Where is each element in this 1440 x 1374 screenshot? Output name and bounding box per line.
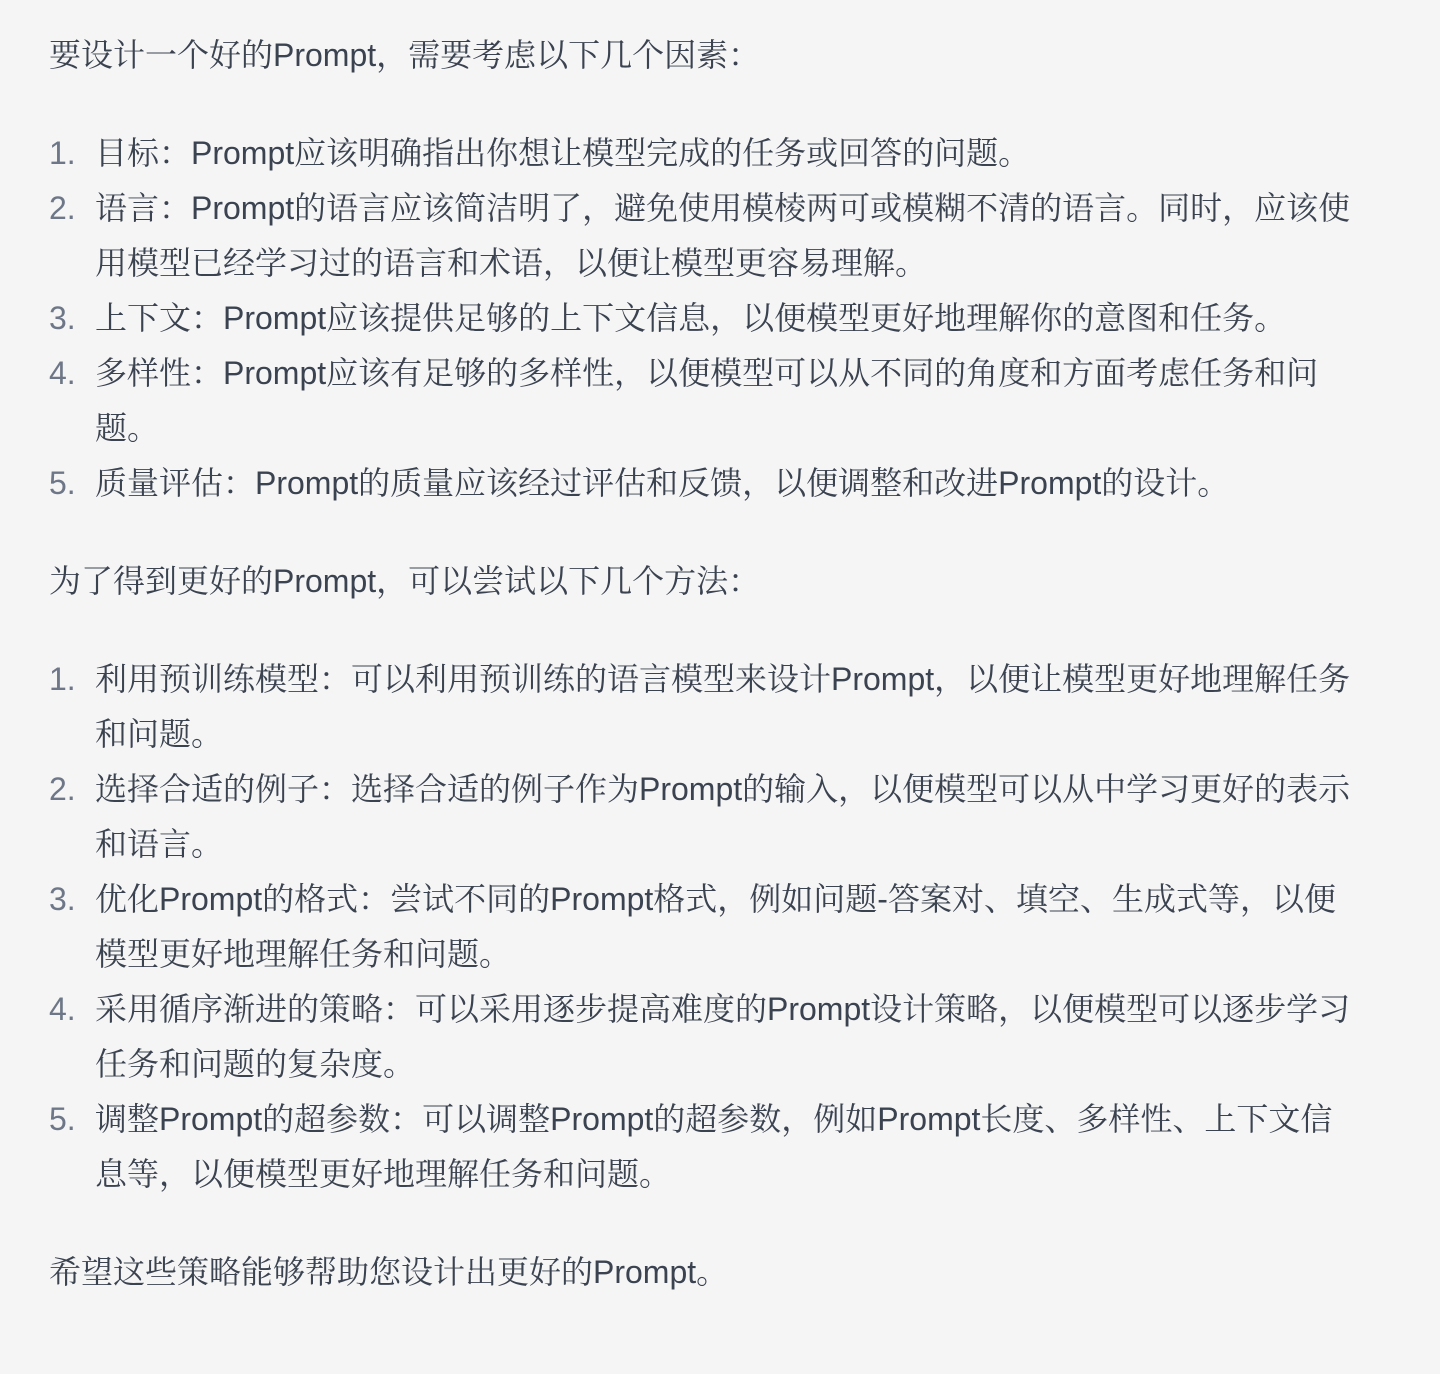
list-item-text: 利用预训练模型：可以利用预训练的语言模型来设计Prompt，以便让模型更好地理解…	[95, 652, 1350, 707]
list-item-text: 语言：Prompt的语言应该简洁明了，避免使用模棱两可或模糊不清的语言。同时，应…	[95, 181, 1350, 236]
list-item-marker: 3.	[49, 872, 95, 927]
list-item-marker: 2.	[49, 762, 95, 817]
list-item-content: 上下文：Prompt应该提供足够的上下文信息，以便模型更好地理解你的意图和任务。	[95, 291, 1286, 346]
list-item-text: 用模型已经学习过的语言和术语，以便让模型更容易理解。	[95, 236, 1350, 291]
list-item-text: 目标：Prompt应该明确指出你想让模型完成的任务或回答的问题。	[95, 126, 1030, 181]
intro-paragraph: 要设计一个好的Prompt，需要考虑以下几个因素：	[49, 28, 1440, 83]
list-item-text: 采用循序渐进的策略：可以采用逐步提高难度的Prompt设计策略，以便模型可以逐步…	[95, 982, 1350, 1037]
list-item-text: 调整Prompt的超参数：可以调整Prompt的超参数，例如Prompt长度、多…	[95, 1092, 1332, 1147]
list-item-marker: 1.	[49, 126, 95, 181]
list-item-text: 质量评估：Prompt的质量应该经过评估和反馈，以便调整和改进Prompt的设计…	[95, 456, 1229, 511]
list-item-text: 多样性：Prompt应该有足够的多样性，以便模型可以从不同的角度和方面考虑任务和…	[95, 346, 1318, 401]
list-item-marker: 3.	[49, 291, 95, 346]
list-item-marker: 5.	[49, 456, 95, 511]
list-item-text: 优化Prompt的格式：尝试不同的Prompt格式，例如问题-答案对、填空、生成…	[95, 872, 1336, 927]
assistant-message: 要设计一个好的Prompt，需要考虑以下几个因素： 1. 目标：Prompt应该…	[0, 0, 1440, 1300]
list-item-text: 模型更好地理解任务和问题。	[95, 927, 1336, 982]
list-item: 4. 多样性：Prompt应该有足够的多样性，以便模型可以从不同的角度和方面考虑…	[49, 346, 1440, 456]
list-item-text: 上下文：Prompt应该提供足够的上下文信息，以便模型更好地理解你的意图和任务。	[95, 291, 1286, 346]
list-item: 1. 利用预训练模型：可以利用预训练的语言模型来设计Prompt，以便让模型更好…	[49, 652, 1440, 762]
list-item: 2. 选择合适的例子：选择合适的例子作为Prompt的输入，以便模型可以从中学习…	[49, 762, 1440, 872]
list-item-content: 多样性：Prompt应该有足够的多样性，以便模型可以从不同的角度和方面考虑任务和…	[95, 346, 1318, 456]
list-item: 3. 上下文：Prompt应该提供足够的上下文信息，以便模型更好地理解你的意图和…	[49, 291, 1440, 346]
list-item-content: 选择合适的例子：选择合适的例子作为Prompt的输入，以便模型可以从中学习更好的…	[95, 762, 1350, 872]
list-item-text: 任务和问题的复杂度。	[95, 1037, 1350, 1092]
list-item-text: 息等，以便模型更好地理解任务和问题。	[95, 1147, 1332, 1202]
list-item-text: 题。	[95, 401, 1318, 456]
list-item-content: 优化Prompt的格式：尝试不同的Prompt格式，例如问题-答案对、填空、生成…	[95, 872, 1336, 982]
list-item-content: 语言：Prompt的语言应该简洁明了，避免使用模棱两可或模糊不清的语言。同时，应…	[95, 181, 1350, 291]
list-item-content: 调整Prompt的超参数：可以调整Prompt的超参数，例如Prompt长度、多…	[95, 1092, 1332, 1202]
list-item-marker: 4.	[49, 982, 95, 1037]
list-item: 4. 采用循序渐进的策略：可以采用逐步提高难度的Prompt设计策略，以便模型可…	[49, 982, 1440, 1092]
list-item: 1. 目标：Prompt应该明确指出你想让模型完成的任务或回答的问题。	[49, 126, 1440, 181]
methods-list: 1. 利用预训练模型：可以利用预训练的语言模型来设计Prompt，以便让模型更好…	[49, 652, 1440, 1202]
factors-list: 1. 目标：Prompt应该明确指出你想让模型完成的任务或回答的问题。 2. 语…	[49, 126, 1440, 511]
list-item-marker: 2.	[49, 181, 95, 236]
list-item-marker: 4.	[49, 346, 95, 401]
list-item-text: 和语言。	[95, 817, 1350, 872]
methods-intro-paragraph: 为了得到更好的Prompt，可以尝试以下几个方法：	[49, 554, 1440, 609]
closing-paragraph: 希望这些策略能够帮助您设计出更好的Prompt。	[49, 1245, 1440, 1300]
list-item-marker: 5.	[49, 1092, 95, 1147]
list-item-content: 质量评估：Prompt的质量应该经过评估和反馈，以便调整和改进Prompt的设计…	[95, 456, 1229, 511]
list-item-content: 利用预训练模型：可以利用预训练的语言模型来设计Prompt，以便让模型更好地理解…	[95, 652, 1350, 762]
list-item: 2. 语言：Prompt的语言应该简洁明了，避免使用模棱两可或模糊不清的语言。同…	[49, 181, 1440, 291]
list-item-marker: 1.	[49, 652, 95, 707]
list-item: 5. 质量评估：Prompt的质量应该经过评估和反馈，以便调整和改进Prompt…	[49, 456, 1440, 511]
list-item-text: 和问题。	[95, 707, 1350, 762]
list-item: 3. 优化Prompt的格式：尝试不同的Prompt格式，例如问题-答案对、填空…	[49, 872, 1440, 982]
list-item-content: 采用循序渐进的策略：可以采用逐步提高难度的Prompt设计策略，以便模型可以逐步…	[95, 982, 1350, 1092]
list-item: 5. 调整Prompt的超参数：可以调整Prompt的超参数，例如Prompt长…	[49, 1092, 1440, 1202]
list-item-text: 选择合适的例子：选择合适的例子作为Prompt的输入，以便模型可以从中学习更好的…	[95, 762, 1350, 817]
list-item-content: 目标：Prompt应该明确指出你想让模型完成的任务或回答的问题。	[95, 126, 1030, 181]
